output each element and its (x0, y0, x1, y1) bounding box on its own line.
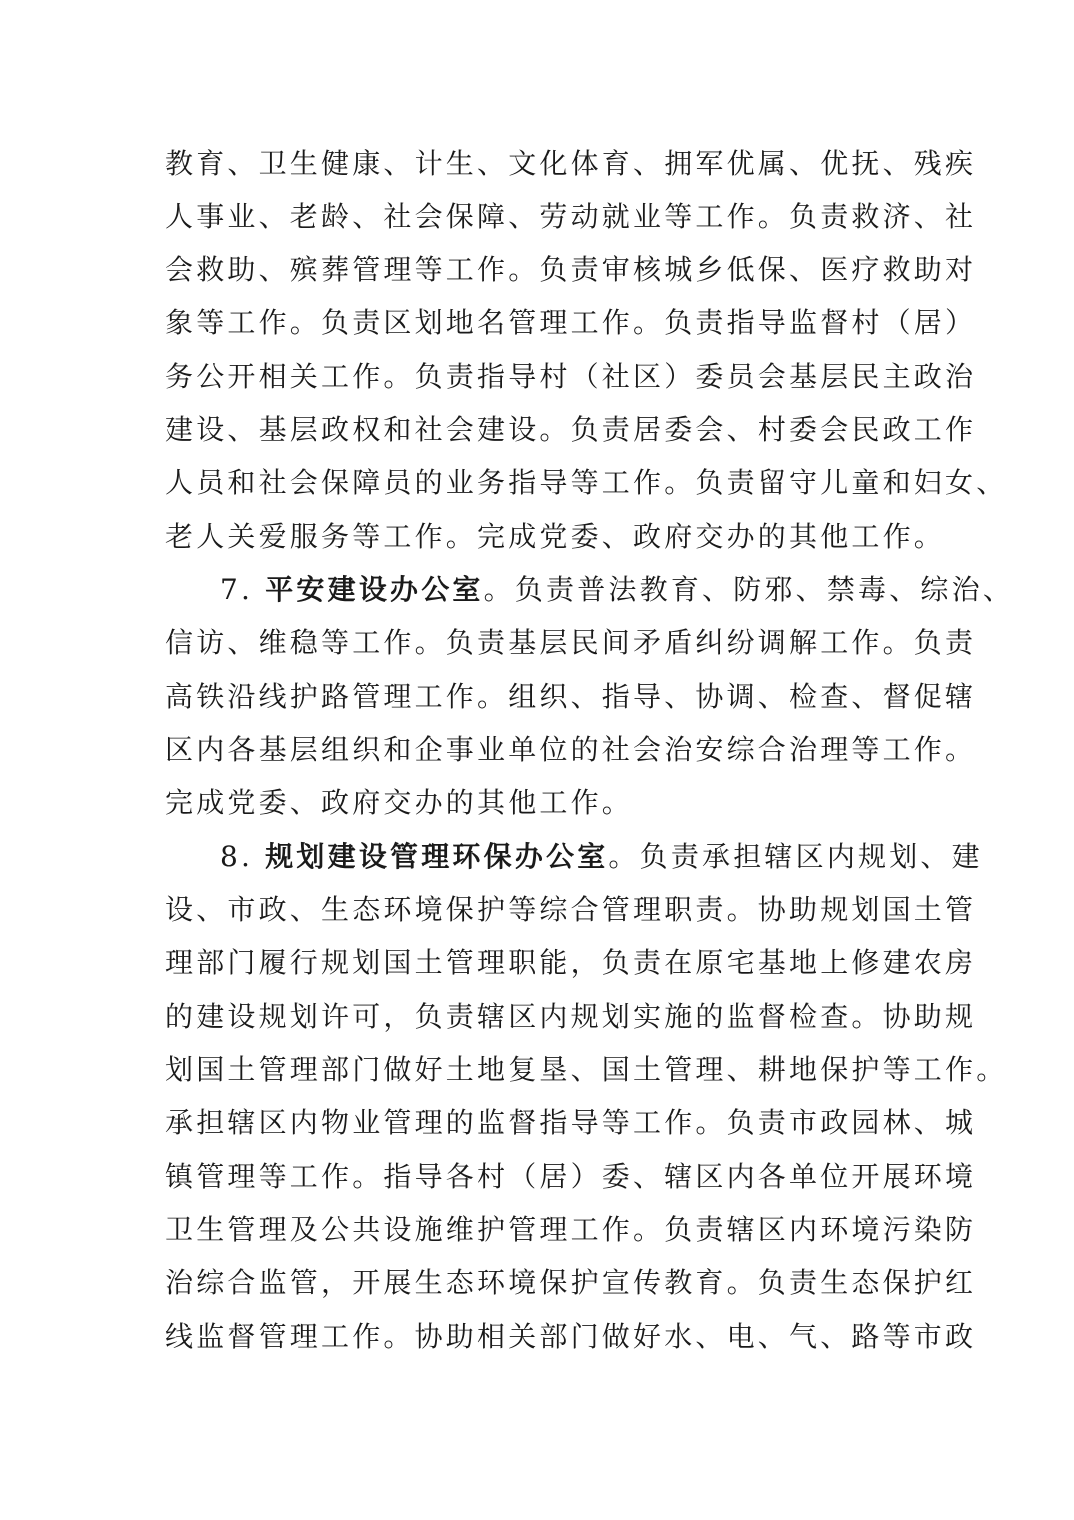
text-line: 治综合监管，开展生态环境保护宣传教育。负责生态保护红 (165, 1263, 925, 1303)
section-8-first-line: 8. 规划建设管理环保办公室。负责承担辖区内规划、建 (220, 837, 980, 877)
text-line: 教育、卫生健康、计生、文化体育、拥军优属、优抚、残疾 (165, 144, 925, 184)
text-line: 卫生管理及公共设施维护管理工作。负责辖区内环境污染防 (165, 1210, 925, 1250)
text-line: 老人关爱服务等工作。完成党委、政府交办的其他工作。 (165, 517, 925, 557)
section-7-first-line: 7. 平安建设办公室。负责普法教育、防邪、禁毒、综治、 (220, 570, 980, 610)
text-line: 的建设规划许可，负责辖区内规划实施的监督检查。协助规 (165, 997, 925, 1037)
text-line: 信访、维稳等工作。负责基层民间矛盾纠纷调解工作。负责 (165, 623, 925, 663)
text-line: 镇管理等工作。指导各村（居）委、辖区内各单位开展环境 (165, 1157, 925, 1197)
section-7-heading: 平安建设办公室 (265, 573, 483, 606)
text-line: 人事业、老龄、社会保障、劳动就业等工作。负责救济、社 (165, 197, 925, 237)
text-line: 完成党委、政府交办的其他工作。 (165, 783, 925, 823)
text-line: 建设、基层政权和社会建设。负责居委会、村委会民政工作 (165, 410, 925, 450)
text-line: 设、市政、生态环境保护等综合管理职责。协助规划国土管 (165, 890, 925, 930)
text-line: 承担辖区内物业管理的监督指导等工作。负责市政园林、城 (165, 1103, 925, 1143)
text-line: 象等工作。负责区划地名管理工作。负责指导监督村（居） (165, 303, 925, 343)
text-line: 线监督管理工作。协助相关部门做好水、电、气、路等市政 (165, 1317, 925, 1357)
text-line: 区内各基层组织和企事业单位的社会治安综合治理等工作。 (165, 730, 925, 770)
document-page: 教育、卫生健康、计生、文化体育、拥军优属、优抚、残疾 人事业、老龄、社会保障、劳… (0, 0, 1074, 1520)
text-line: 理部门履行规划国土管理职能，负责在原宅基地上修建农房 (165, 943, 925, 983)
text-line: 会救助、殡葬管理等工作。负责审核城乡低保、医疗救助对 (165, 250, 925, 290)
section-7-text: 。负责普法教育、防邪、禁毒、综治、 (484, 573, 1014, 606)
text-line: 人员和社会保障员的业务指导等工作。负责留守儿童和妇女、 (165, 463, 925, 503)
text-line: 划国土管理部门做好土地复垦、国土管理、耕地保护等工作。 (165, 1050, 925, 1090)
section-7-number: 7. (220, 573, 265, 606)
section-8-heading: 规划建设管理环保办公室 (265, 840, 608, 873)
section-8-text: 。负责承担辖区内规划、建 (608, 840, 982, 873)
text-line: 务公开相关工作。负责指导村（社区）委员会基层民主政治 (165, 357, 925, 397)
section-8-number: 8. (220, 840, 265, 873)
text-line: 高铁沿线护路管理工作。组织、指导、协调、检查、督促辖 (165, 677, 925, 717)
